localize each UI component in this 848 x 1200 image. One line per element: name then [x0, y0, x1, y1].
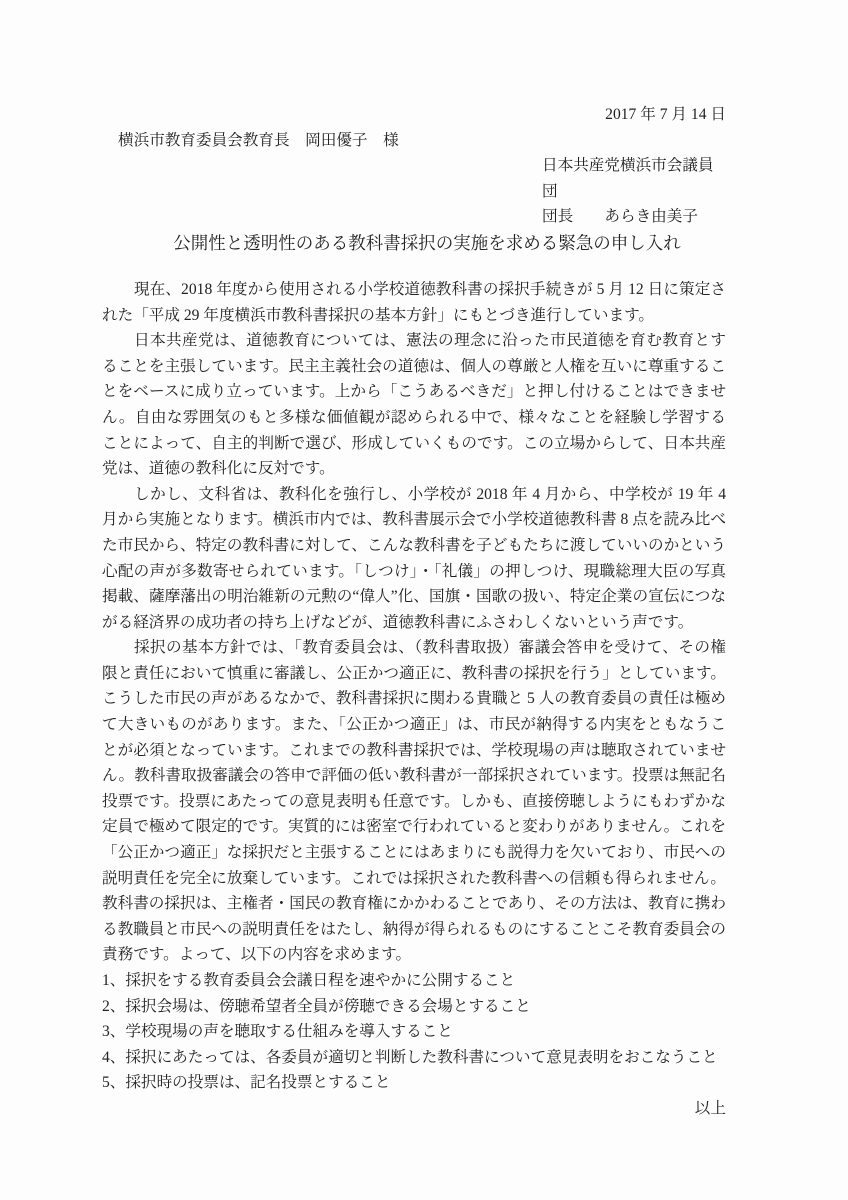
- body-paragraph: 採択の基本方針では、「教育委員会は、（教科書取扱）審議会答申を受けて、その権限と…: [102, 635, 726, 968]
- body-paragraph: 現在、2018 年度から使用される小学校道徳教科書の採択手続きが 5 月 12 …: [102, 277, 726, 328]
- letter-title: 公開性と透明性のある教科書採択の実施を求める緊急の申し入れ: [102, 230, 726, 257]
- letter-content: 2017 年 7 月 14 日 横浜市教育委員会教育長 岡田優子 様 日本共産党…: [102, 102, 726, 1122]
- sender-org: 日本共産党横浜市会議員団: [542, 153, 726, 204]
- letter-body: 現在、2018 年度から使用される小学校道徳教科書の採択手続きが 5 月 12 …: [102, 277, 726, 968]
- demand-list: 1、採択をする教育委員会会議日程を速やかに公開すること 2、採択会場は、傍聴希望…: [102, 968, 726, 1096]
- demand-item: 5、採択時の投票は、記名投票とすること: [102, 1070, 726, 1096]
- demand-item: 2、採択会場は、傍聴希望者全員が傍聴できる会場とすること: [102, 994, 726, 1020]
- demand-item: 3、学校現場の声を聴取する仕組みを導入すること: [102, 1019, 726, 1045]
- letter-page: 2017 年 7 月 14 日 横浜市教育委員会教育長 岡田優子 様 日本共産党…: [0, 0, 848, 1200]
- sender-person: 団長 あらき由美子: [542, 204, 726, 230]
- demand-item: 4、採択にあたっては、各委員が適切と判断した教科書について意見表明をおこなうこと: [102, 1045, 726, 1071]
- letter-date: 2017 年 7 月 14 日: [102, 102, 726, 128]
- demand-item: 1、採択をする教育委員会会議日程を速やかに公開すること: [102, 968, 726, 994]
- recipient-line: 横浜市教育委員会教育長 岡田優子 様: [102, 128, 726, 154]
- body-paragraph: しかし、文科省は、教科化を強行し、小学校が 2018 年 4 月から、中学校が …: [102, 482, 726, 636]
- closing-word: 以上: [102, 1096, 726, 1122]
- sender-block: 日本共産党横浜市会議員団 団長 あらき由美子: [542, 153, 726, 230]
- body-paragraph: 日本共産党は、道徳教育については、憲法の理念に沿った市民道徳を育む教育とすること…: [102, 328, 726, 482]
